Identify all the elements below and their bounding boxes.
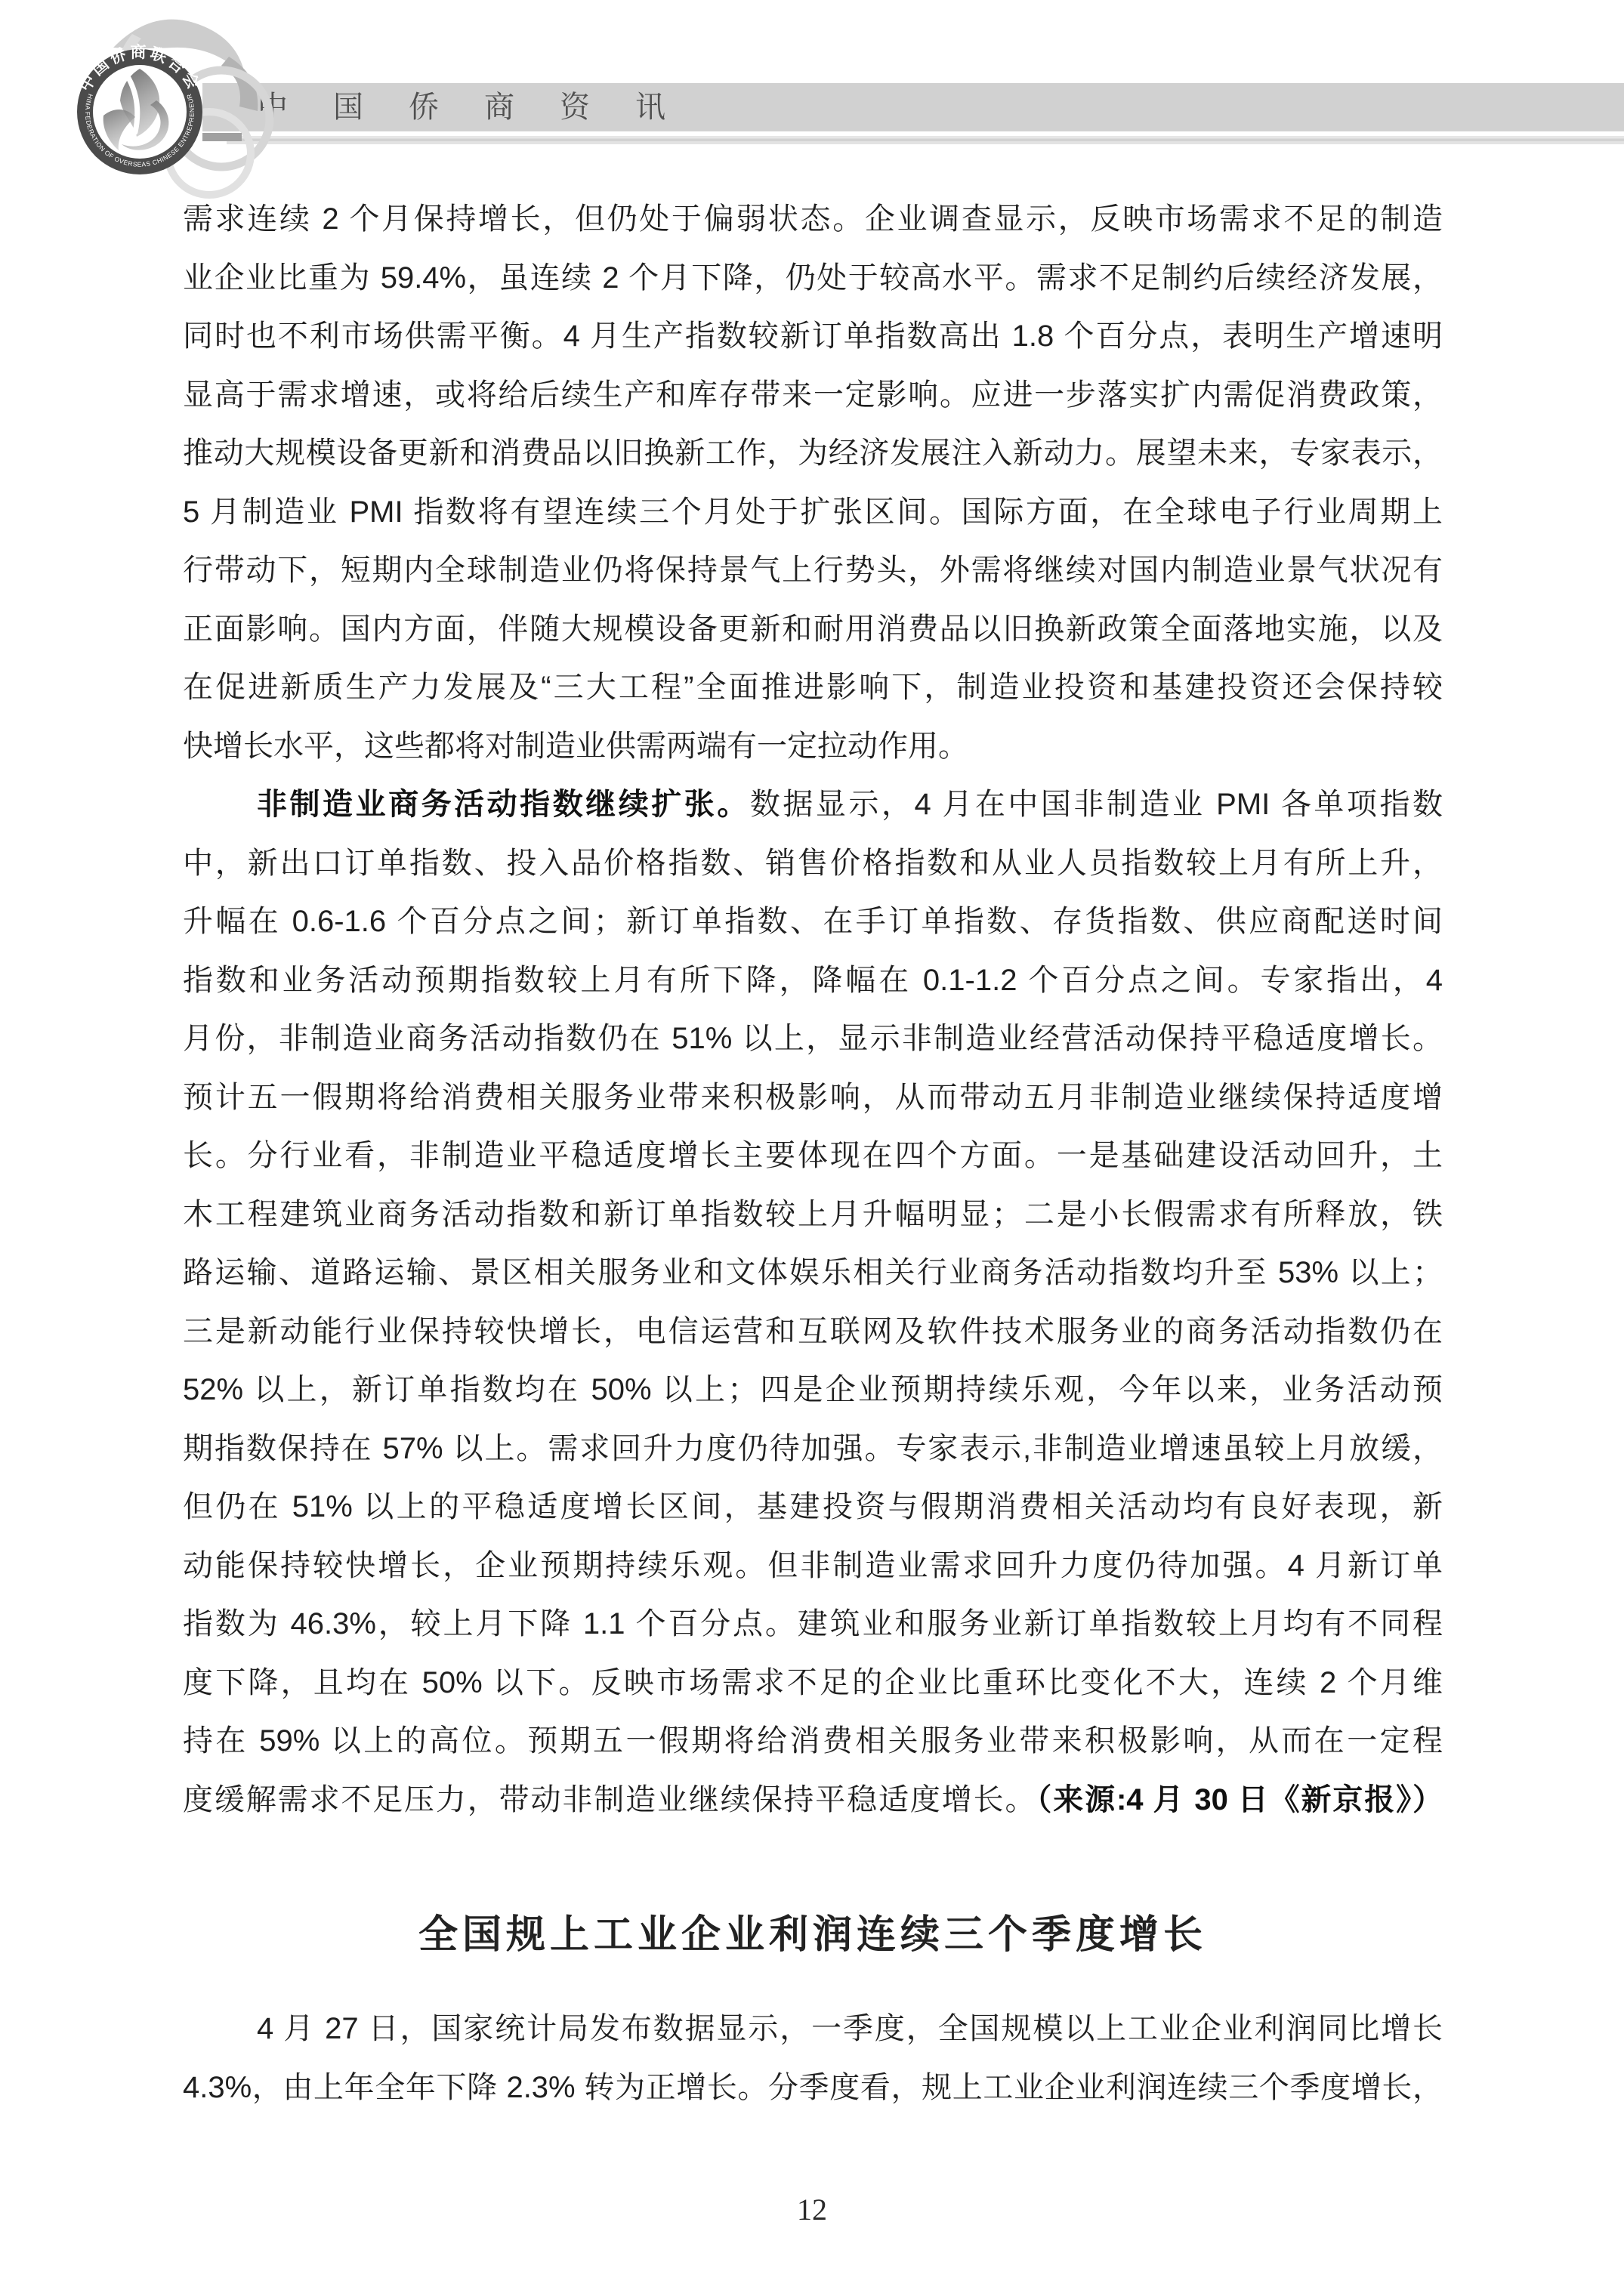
banner-title: 中国侨商资讯 (202, 83, 1624, 131)
text-segment: 业企业比重为 59.4%，虽连续 2 个月下降，仍处于较高水平。需求不足制约后续… (183, 261, 1443, 295)
text-segment: 行带动下，短期内全球制造业仍将保持景气上行势头，外需将继续对国内制造业景气状况有 (183, 554, 1443, 587)
text-line: 动能保持较快增长，企业预期持续乐观。但非制造业需求回升力度仍待加强。4 月新订单 (183, 1537, 1443, 1596)
text-segment: 数据显示，4 月在中国非制造业 PMI 各单项指数 (750, 788, 1443, 821)
text-segment-bold: （来源:4 月 30 日《新京报》） (1036, 1783, 1443, 1816)
header-banner-bar: 中国侨商资讯 (202, 83, 1624, 131)
text-segment: 路运输、道路运输、景区相关服务业和文体娱乐相关行业商务活动指数均升至 53% 以… (183, 1256, 1443, 1289)
text-segment: 同时也不利市场供需平衡。4 月生产指数较新订单指数高出 1.8 个百分点，表明生… (183, 319, 1443, 353)
text-line: 快增长水平，这些都将对制造业供需两端有一定拉动作用。 (183, 718, 1443, 776)
text-line: 正面影响。国内方面，伴随大规模设备更新和耐用消费品以旧换新政策全面落地实施，以及 (183, 600, 1443, 659)
text-line: 非制造业商务活动指数继续扩张。数据显示，4 月在中国非制造业 PMI 各单项指数 (183, 776, 1443, 835)
text-segment: 度下降，且均在 50% 以下。反映市场需求不足的企业比重环比变化不大，连续 2 … (183, 1666, 1443, 1699)
text-segment: 推动大规模设备更新和消费品以旧换新工作，为经济发展注入新动力。展望未来，专家表示… (183, 437, 1443, 470)
text-segment: 期指数保持在 57% 以上。需求回升力度仍待加强。专家表示,非制造业增速虽较上月… (183, 1432, 1443, 1465)
text-segment: 需求连续 2 个月保持增长，但仍处于偏弱状态。企业调查显示，反映市场需求不足的制… (183, 202, 1443, 236)
text-segment: 度缓解需求不足压力，带动非制造业继续保持平稳适度增长。 (183, 1783, 1036, 1816)
text-segment: 预计五一假期将给消费相关服务业带来积极影响，从而带动五月非制造业继续保持适度增 (183, 1081, 1443, 1114)
text-line: 度下降，且均在 50% 以下。反映市场需求不足的企业比重环比变化不大，连续 2 … (183, 1654, 1443, 1713)
text-line: 同时也不利市场供需平衡。4 月生产指数较新订单指数高出 1.8 个百分点，表明生… (183, 307, 1443, 366)
text-line: 月份，非制造业商务活动指数仍在 51% 以上，显示非制造业经营活动保持平稳适度增… (183, 1010, 1443, 1069)
text-segment: 快增长水平，这些都将对制造业供需两端有一定拉动作用。 (183, 730, 968, 763)
section-heading: 全国规上工业企业利润连续三个季度增长 (183, 1905, 1443, 1965)
text-line: 路运输、道路运输、景区相关服务业和文体娱乐相关行业商务活动指数均升至 53% 以… (183, 1244, 1443, 1303)
text-segment: 显高于需求增速，或将给后续生产和库存带来一定影响。应进一步落实扩内需促消费政策， (183, 378, 1443, 412)
header-stripes (227, 136, 1624, 144)
text-segment-bold: 非制造业商务活动指数继续扩张。 (257, 788, 750, 821)
text-line: 期指数保持在 57% 以上。需求回升力度仍待加强。专家表示,非制造业增速虽较上月… (183, 1420, 1443, 1479)
text-segment: 升幅在 0.6-1.6 个百分点之间；新订单指数、在手订单指数、存货指数、供应商… (183, 905, 1443, 938)
text-segment: 5 月制造业 PMI 指数将有望连续三个月处于扩张区间。国际方面，在全球电子行业… (183, 495, 1443, 529)
text-line: 预计五一假期将给消费相关服务业带来积极影响，从而带动五月非制造业继续保持适度增 (183, 1069, 1443, 1128)
text-line: 52% 以上，新订单指数均在 50% 以上；四是企业预期持续乐观，今年以来，业务… (183, 1361, 1443, 1420)
text-line: 指数和业务活动预期指数较上月有所下降，降幅在 0.1-1.2 个百分点之间。专家… (183, 952, 1443, 1011)
text-segment: 持在 59% 以上的高位。预期五一假期将给消费相关服务业带来积极影响，从而在一定… (183, 1724, 1443, 1758)
text-line: 长。分行业看，非制造业平稳适度增长主要体现在四个方面。一是基础建设活动回升，土 (183, 1127, 1443, 1186)
text-line: 三是新动能行业保持较快增长，电信运营和互联网及软件技术服务业的商务活动指数仍在 (183, 1303, 1443, 1362)
text-line: 度缓解需求不足压力，带动非制造业继续保持平稳适度增长。（来源:4 月 30 日《… (183, 1771, 1443, 1830)
text-segment: 在促进新质生产力发展及“三大工程”全面推进影响下，制造业投资和基建投资还会保持较 (183, 671, 1443, 704)
text-line: 升幅在 0.6-1.6 个百分点之间；新订单指数、在手订单指数、存货指数、供应商… (183, 893, 1443, 952)
article-body: 需求连续 2 个月保持增长，但仍处于偏弱状态。企业调查显示，反映市场需求不足的制… (183, 190, 1443, 2117)
text-line: 显高于需求增速，或将给后续生产和库存带来一定影响。应进一步落实扩内需促消费政策， (183, 366, 1443, 425)
text-segment: 长。分行业看，非制造业平稳适度增长主要体现在四个方面。一是基础建设活动回升，土 (183, 1139, 1443, 1172)
text-line: 木工程建筑业商务活动指数和新订单指数较上月升幅明显；二是小长假需求有所释放，铁 (183, 1186, 1443, 1245)
banner-edge-shadow (202, 133, 242, 141)
text-segment: 中，新出口订单指数、投入品价格指数、销售价格指数和从业人员指数较上月有所上升， (183, 847, 1443, 880)
text-segment: 4 月 27 日，国家统计局发布数据显示，一季度，全国规模以上工业企业利润同比增… (257, 2012, 1443, 2045)
text-line: 但仍在 51% 以上的平稳适度增长区间，基建投资与假期消费相关活动均有良好表现，… (183, 1478, 1443, 1537)
newsletter-page: { "page": { "page_number": "12" }, "colo… (0, 0, 1624, 2293)
text-line: 4.3%，由上年全年下降 2.3% 转为正增长。分季度看，规上工业企业利润连续三… (183, 2059, 1443, 2118)
org-emblem-icon: 中国侨商联合会 CHINA FEDERATION OF OVERSEAS CHI… (42, 4, 329, 200)
text-segment: 正面影响。国内方面，伴随大规模设备更新和耐用消费品以旧换新政策全面落地实施，以及 (183, 613, 1443, 646)
text-segment: 但仍在 51% 以上的平稳适度增长区间，基建投资与假期消费相关活动均有良好表现，… (183, 1490, 1443, 1523)
text-segment: 月份，非制造业商务活动指数仍在 51% 以上，显示非制造业经营活动保持平稳适度增… (183, 1022, 1443, 1055)
text-line: 在促进新质生产力发展及“三大工程”全面推进影响下，制造业投资和基建投资还会保持较 (183, 659, 1443, 718)
text-line: 5 月制造业 PMI 指数将有望连续三个月处于扩张区间。国际方面，在全球电子行业… (183, 483, 1443, 542)
text-segment: 动能保持较快增长，企业预期持续乐观。但非制造业需求回升力度仍待加强。4 月新订单 (183, 1549, 1443, 1582)
article-part2: 4 月 27 日，国家统计局发布数据显示，一季度，全国规模以上工业企业利润同比增… (183, 2000, 1443, 2117)
text-line: 行带动下，短期内全球制造业仍将保持景气上行势头，外需将继续对国内制造业景气状况有 (183, 542, 1443, 600)
text-segment: 4.3%，由上年全年下降 2.3% 转为正增长。分季度看，规上工业企业利润连续三… (183, 2071, 1443, 2104)
article-part1: 需求连续 2 个月保持增长，但仍处于偏弱状态。企业调查显示，反映市场需求不足的制… (183, 190, 1443, 1829)
text-line: 业企业比重为 59.4%，虽连续 2 个月下降，仍处于较高水平。需求不足制约后续… (183, 249, 1443, 308)
text-line: 指数为 46.3%，较上月下降 1.1 个百分点。建筑业和服务业新订单指数较上月… (183, 1595, 1443, 1654)
text-line: 中，新出口订单指数、投入品价格指数、销售价格指数和从业人员指数较上月有所上升， (183, 835, 1443, 893)
text-segment: 指数和业务活动预期指数较上月有所下降，降幅在 0.1-1.2 个百分点之间。专家… (183, 964, 1443, 997)
org-logo: 中国侨商联合会 CHINA FEDERATION OF OVERSEAS CHI… (42, 4, 329, 200)
text-line: 4 月 27 日，国家统计局发布数据显示，一季度，全国规模以上工业企业利润同比增… (183, 2000, 1443, 2059)
page-number: 12 (0, 2192, 1624, 2234)
text-line: 推动大规模设备更新和消费品以旧换新工作，为经济发展注入新动力。展望未来，专家表示… (183, 424, 1443, 483)
text-segment: 52% 以上，新订单指数均在 50% 以上；四是企业预期持续乐观，今年以来，业务… (183, 1373, 1443, 1406)
text-line: 持在 59% 以上的高位。预期五一假期将给消费相关服务业带来积极影响，从而在一定… (183, 1712, 1443, 1771)
text-line: 需求连续 2 个月保持增长，但仍处于偏弱状态。企业调查显示，反映市场需求不足的制… (183, 190, 1443, 249)
text-segment: 指数为 46.3%，较上月下降 1.1 个百分点。建筑业和服务业新订单指数较上月… (183, 1607, 1443, 1640)
text-segment: 木工程建筑业商务活动指数和新订单指数较上月升幅明显；二是小长假需求有所释放，铁 (183, 1198, 1443, 1231)
text-segment: 三是新动能行业保持较快增长，电信运营和互联网及软件技术服务业的商务活动指数仍在 (183, 1315, 1443, 1348)
